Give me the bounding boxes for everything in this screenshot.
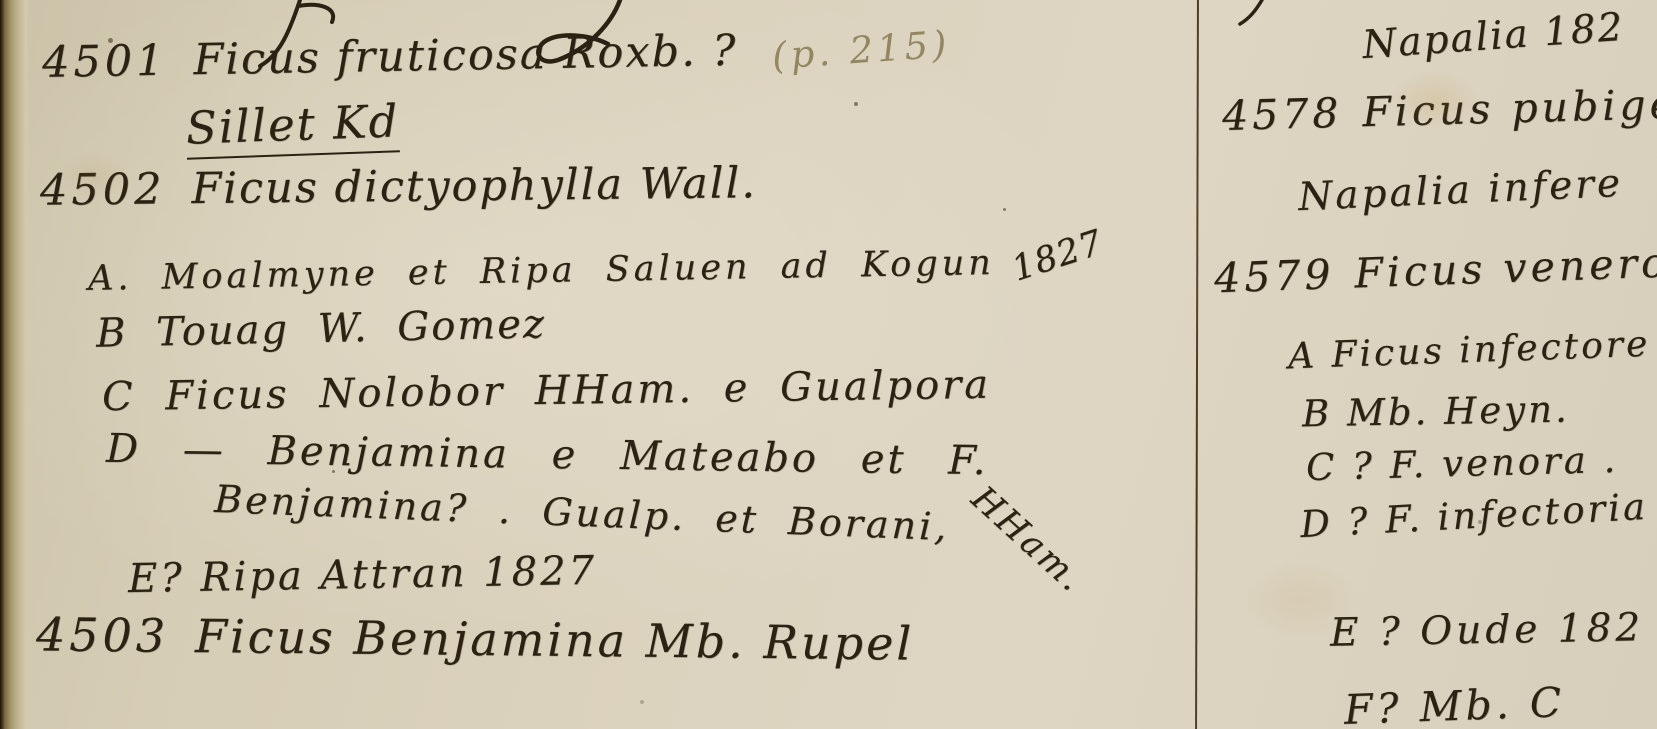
item-b-4579-line: B Mb. Heyn.	[1302, 388, 1570, 436]
item-b-4502-text: B Touag W. Gomez	[96, 301, 547, 356]
locality-4578-line: Napalia infere	[1297, 161, 1624, 220]
item-e-4502-text: E? Ripa Attran 1827	[128, 548, 598, 602]
entry-4503-species: Ficus Benjamina Mb. Rupel	[195, 609, 915, 671]
entry-4501-number: 4501	[42, 36, 168, 88]
entry-4578-species: Ficus pubige	[1362, 80, 1657, 136]
locality-4578-text: Napalia infere	[1297, 161, 1624, 220]
item-d-4502-hham-abbrev: HHam.	[963, 479, 1092, 602]
item-e-4502-line: E? Ripa Attran 1827	[128, 548, 598, 602]
item-a-4579-line: A Ficus infectore	[1287, 324, 1651, 378]
item-c-4579-line: C ? F. venora .	[1305, 438, 1618, 489]
item-d-4502-continuation-line: Benjamina? . Gualp. et Borani,HHam.	[213, 477, 1104, 555]
entry-4503-line: 4503Ficus Benjamina Mb. Rupel	[36, 607, 915, 670]
paper-speck	[332, 470, 335, 473]
entry-4501-line: 4501Ficus fruticosa Roxb. ?(p. 215)	[42, 22, 951, 88]
item-c-4502-line: C Ficus Nolobor HHam. e Gualpora	[102, 362, 992, 420]
entry-4503-number: 4503	[36, 607, 170, 662]
item-e-4579-line: E ? Oude 182	[1330, 605, 1645, 655]
cutoff-stroke-right-column	[1232, 0, 1292, 26]
entry-4579-number: 4579	[1213, 250, 1335, 302]
paper-speck	[1478, 520, 1482, 524]
entry-4579-line: 4579Ficus veneros	[1213, 238, 1657, 303]
item-d-4579-line: D ? F. infectoria	[1299, 485, 1649, 546]
right-locality-top-line: Napalia 182	[1361, 5, 1626, 68]
item-c-4502-text: C Ficus Nolobor HHam. e Gualpora	[102, 362, 992, 420]
entry-4579-species: Ficus veneros	[1354, 238, 1657, 298]
item-d-4502-text: D — Benjamina e Mateabo et F.	[106, 426, 989, 484]
paper-speck	[1003, 208, 1006, 211]
item-b-4579-text: B Mb. Heyn.	[1302, 388, 1570, 436]
item-c-4579-text: C ? F. venora .	[1305, 438, 1618, 489]
column-divider-rule	[1195, 0, 1199, 729]
item-e-4579-text: E ? Oude 182	[1330, 605, 1645, 655]
item-a-4502-text: A. Moalmyne et Ripa Saluen ad Kogun	[88, 243, 995, 299]
manuscript-page: { "colors": { "ink": "#2b2213", "pencil"…	[0, 0, 1657, 729]
item-d-4502-line: D — Benjamina e Mateabo et F.	[106, 426, 989, 484]
entry-4502-line: 4502Ficus dictyophylla Wall.	[40, 158, 757, 216]
entry-4501-species: Ficus fruticosa Roxb. ?	[193, 26, 738, 85]
paper-speck	[854, 102, 858, 106]
item-d-4502-continuation-text: Benjamina? . Gualp. et Borani,	[213, 477, 950, 549]
entry-4578-number: 4578	[1221, 89, 1343, 140]
right-locality-top-text: Napalia 182	[1361, 5, 1626, 68]
entry-4502-number: 4502	[40, 164, 166, 215]
locality-4501-line: Sillet Kd	[186, 98, 399, 156]
locality-4501-text: Sillet Kd	[185, 94, 400, 159]
item-f-4579-text: F? Mb. C	[1343, 678, 1566, 729]
page-binding-edge	[0, 0, 30, 729]
paper-speck	[640, 700, 644, 704]
entry-4501-pencil-page-note: (p. 215)	[770, 22, 951, 77]
entry-4502-species: Ficus dictyophylla Wall.	[191, 158, 757, 214]
paper-speck	[108, 38, 113, 43]
item-a-4502-line: A. Moalmyne et Ripa Saluen ad Kogun1827	[88, 241, 1106, 299]
item-b-4502-line: B Touag W. Gomez	[96, 301, 547, 356]
item-f-4579-line: F? Mb. C	[1343, 678, 1566, 729]
item-a-4502-year: 1827	[1007, 223, 1108, 290]
item-a-4579-text: A Ficus infectore	[1287, 324, 1651, 378]
entry-4578-line: 4578Ficus pubige	[1221, 80, 1657, 140]
item-d-4579-text: D ? F. infectoria	[1299, 485, 1649, 546]
